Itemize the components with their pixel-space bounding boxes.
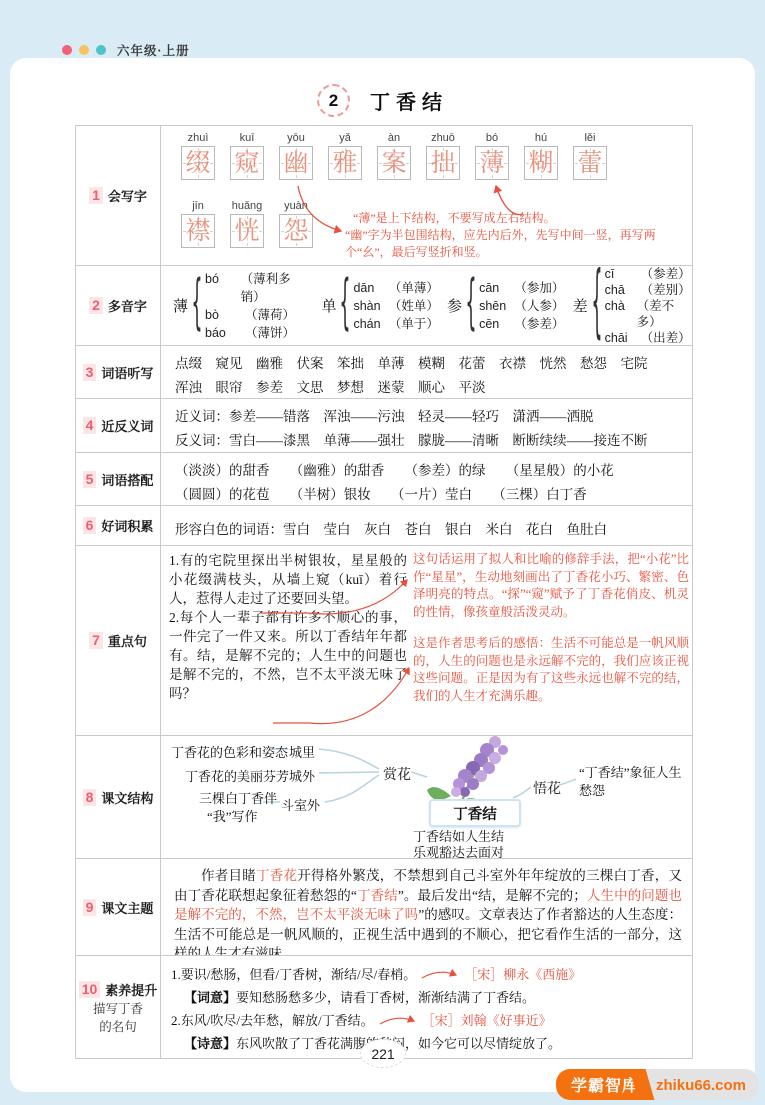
row-dictation-label: 3 词语听写 <box>76 346 161 398</box>
structure-item-3a: 三棵白丁香伴 <box>199 788 277 807</box>
section-label: 多音字 <box>108 296 147 315</box>
pinyin: hú <box>535 131 547 145</box>
character-box: 幽 <box>279 146 313 180</box>
section-number: 3 <box>83 364 97 381</box>
poly-word: （薄饼） <box>245 324 295 342</box>
page-root: 六年级·上册 2 丁香结 1 会写字 zhuì缀 kuī窥 yōu幽 yǎ雅 à… <box>0 0 765 1105</box>
structure-right-note: “丁香结”象征人生愁怨 <box>579 764 683 800</box>
pink-dot-icon <box>62 45 72 55</box>
poly-word: （参加） <box>514 279 558 297</box>
character-cell: lěi蕾 <box>573 131 607 180</box>
section-label: 近反义词 <box>101 416 153 435</box>
red-arrow-icon <box>420 969 460 981</box>
page-header: 六年级·上册 <box>62 41 190 59</box>
brace-icon <box>191 276 202 335</box>
character-cell: hú糊 <box>524 131 558 180</box>
brace-icon <box>340 276 351 335</box>
brand-watermark[interactable]: 学霸智库 zhiku66.com <box>556 1069 759 1100</box>
row-good-words-label: 6 好词积累 <box>76 506 161 545</box>
center-node-lilac-knot: 丁香结 <box>429 799 521 827</box>
structure-loc-1: 城里 <box>289 742 315 761</box>
character: 糊 <box>528 151 553 176</box>
row-key-sentences: 7 重点句 1.有的宅院里探出半树银妆，星星般的小花缀满枝头，从墙上窥（kuī）… <box>76 546 692 736</box>
theme-seg: ”。最后发出“结，是解不完的； <box>398 888 587 903</box>
brace-icon <box>591 266 602 345</box>
poly-pinyin: shàn <box>353 297 388 315</box>
poem-line-1: 1.要识/愁肠，但看/丁香树，渐结/尽/春梢。 ［宋］柳永《西施》 <box>171 963 684 986</box>
annotation-2: 这是作者思考后的感悟：生活不可能总是一帆风顺的，人生的问题也是永远解不完的，我们… <box>413 635 689 705</box>
row-good-words-content: 形容白色的词语：雪白 莹白 灰白 苍白 银白 米白 花白 鱼肚白 <box>161 506 692 545</box>
study-table: 1 会写字 zhuì缀 kuī窥 yōu幽 yǎ雅 àn案 zhuō拙 bó薄 … <box>75 125 693 1059</box>
meaning-label: 【诗意】 <box>184 1036 236 1051</box>
structure-item-2: 丁香花的美丽芬芳 <box>185 766 289 785</box>
poly-word: （参差） <box>514 315 558 333</box>
character-grid-row-1: zhuì缀 kuī窥 yōu幽 yǎ雅 àn案 zhuō拙 bó薄 hú糊 lě… <box>181 131 607 180</box>
row-collocations-content: （淡淡）的甜香 （幽雅）的甜香 （参差）的绿 （星星般）的小花 （圆圆）的花苞 … <box>161 453 692 505</box>
row-polyphonic-content: 薄 bó（薄利多销） bò（薄荷） báo（薄饼） 单 dān（单薄） shàn… <box>161 266 692 345</box>
character: 薄 <box>479 151 504 176</box>
poly-entries: cī（参差） chā（差别） chà（差不多） chāi（出差） <box>605 266 692 345</box>
poly-character: 差 <box>573 295 588 316</box>
good-words-line: 形容白色的词语：雪白 莹白 灰白 苍白 银白 米白 花白 鱼肚白 <box>175 517 684 543</box>
character-cell: yōu幽 <box>279 131 313 180</box>
character: 襟 <box>185 219 210 244</box>
polyphonic-group: 差 cī（参差） chā（差别） chà（差不多） chāi（出差） <box>573 266 692 345</box>
poly-pinyin: shēn <box>479 297 514 315</box>
key-sentence-1: 1.有的宅院里探出半树银妆，星星般的小花缀满枝头，从墙上窥（kuī）着行人，惹得… <box>169 551 407 608</box>
pinyin: àn <box>388 131 400 145</box>
structure-item-1: 丁香花的色彩和姿态 <box>171 742 288 761</box>
grade-label: 六年级·上册 <box>117 41 190 59</box>
poem-text: 2.东风/吹尽/去年愁，解放/丁香结。 <box>171 1009 374 1032</box>
character-box: 拙 <box>426 146 460 180</box>
section-label: 词语搭配 <box>101 470 153 489</box>
pinyin: yǎ <box>339 131 351 145</box>
teal-dot-icon <box>96 45 106 55</box>
character-cell: yuàn怨 <box>279 199 313 248</box>
poly-word: （人参） <box>514 297 558 315</box>
poly-pinyin: chán <box>353 315 388 333</box>
dictation-line-2: 浑浊 眼帘 参差 文思 梦想 迷蒙 顺心 平淡 <box>175 376 684 398</box>
row-literacy-label: 10 素养提升 描写丁香 的名句 <box>76 956 161 1058</box>
meaning-line-2: 【诗意】东风吹散了丁香花满腹的愁闷，如今它可以尽情绽放了。 <box>171 1032 684 1055</box>
poly-word: （单于） <box>389 315 433 333</box>
row-structure: 8 课文结构 <box>76 736 692 859</box>
poly-word: （单薄） <box>389 279 433 297</box>
poly-pinyin: chà <box>605 298 637 330</box>
pinyin: zhuì <box>188 131 209 145</box>
row-synonyms-label: 4 近反义词 <box>76 399 161 452</box>
key-sentences-list: 1.有的宅院里探出半树银妆，星星般的小花缀满枝头，从墙上窥（kuī）着行人，惹得… <box>169 551 407 703</box>
poly-word: （出差） <box>641 330 691 346</box>
character-box: 薄 <box>475 146 509 180</box>
row-synonyms-content: 近义词：参差——错落 浑浊——污浊 轻灵——轻巧 潇洒——洒脱 反义词：雪白——… <box>161 399 692 452</box>
row-theme-content: 作者目睹丁香花开得格外繁茂，不禁想到自己斗室外年年绽放的三棵白丁香，又由丁香花联… <box>161 859 692 955</box>
character-grid-row-2: jīn襟 huǎng恍 yuàn怨 <box>181 199 313 248</box>
poly-character: 薄 <box>173 295 188 316</box>
collocations-line-1: （淡淡）的甜香 （幽雅）的甜香 （参差）的绿 （星星般）的小花 <box>175 459 684 483</box>
section-sublabel-1: 描写丁香 <box>93 1001 143 1017</box>
character-cell: jīn襟 <box>181 199 215 248</box>
section-number: 8 <box>83 789 97 806</box>
pinyin: kuī <box>240 131 255 145</box>
row-structure-label: 8 课文结构 <box>76 736 161 858</box>
poly-pinyin: chāi <box>605 330 641 346</box>
poly-word: （薄利多销） <box>241 270 308 306</box>
dictation-line-1: 点缀 窥见 幽雅 伏案 笨拙 单薄 模糊 花蕾 衣襟 恍然 愁怨 宅院 <box>175 352 684 376</box>
section-label: 好词积累 <box>101 516 153 535</box>
character: 怨 <box>283 219 308 244</box>
poly-entries: cān（参加） shēn（人参） cēn（参差） <box>479 279 559 333</box>
section-number: 6 <box>83 517 97 534</box>
character: 幽 <box>283 151 308 176</box>
pinyin: yōu <box>287 131 305 145</box>
theme-seg-red: 丁香花 <box>256 868 297 883</box>
collocations-line-2: （圆圆）的花苞 （半树）银妆 （一片）莹白 （三棵）白丁香 <box>175 483 684 505</box>
character: 窥 <box>234 151 259 176</box>
character-box: 蕾 <box>573 146 607 180</box>
poem-text: 1.要识/愁肠，但看/丁香树，渐结/尽/春梢。 <box>171 963 416 986</box>
poly-pinyin: bó <box>205 270 241 306</box>
character-cell: kuī窥 <box>230 131 264 180</box>
row-polyphonic: 2 多音字 薄 bó（薄利多销） bò（薄荷） báo（薄饼） 单 <box>76 266 692 346</box>
brace-icon <box>465 276 476 335</box>
poly-pinyin: cān <box>479 279 514 297</box>
row-good-words: 6 好词积累 形容白色的词语：雪白 莹白 灰白 苍白 银白 米白 花白 鱼肚白 <box>76 506 692 546</box>
row-characters: 1 会写字 zhuì缀 kuī窥 yōu幽 yǎ雅 àn案 zhuō拙 bó薄 … <box>76 126 692 266</box>
poly-entries: bó（薄利多销） bò（薄荷） báo（薄饼） <box>205 270 307 342</box>
section-label: 课文结构 <box>101 788 153 807</box>
character: 恍 <box>234 219 259 244</box>
poem-line-2: 2.东风/吹尽/去年愁，解放/丁香结。 ［宋］刘翰《好事近》 <box>171 1009 684 1032</box>
poly-pinyin: báo <box>205 324 245 342</box>
row-key-sentences-content: 1.有的宅院里探出半树银妆，星星般的小花缀满枝头，从墙上窥（kuī）着行人，惹得… <box>161 546 692 735</box>
character-box: 窥 <box>230 146 264 180</box>
poly-character: 单 <box>321 295 336 316</box>
pinyin: bó <box>486 131 498 145</box>
section-label: 会写字 <box>108 186 147 205</box>
pinyin: zhuō <box>431 131 455 145</box>
character-box: 恍 <box>230 214 264 248</box>
character-box: 雅 <box>328 146 362 180</box>
writing-note-you: “幽”字为半包围结构，应先内后外，先写中间一竖，再写两个“幺”，最后写竖折和竖。 <box>345 227 692 260</box>
pinyin: yuàn <box>284 199 308 213</box>
poly-pinyin: bò <box>205 306 245 324</box>
section-label: 词语听写 <box>101 363 153 382</box>
character-cell: zhuō拙 <box>426 131 460 180</box>
row-key-sentences-label: 7 重点句 <box>76 546 161 735</box>
polyphonic-group: 薄 bó（薄利多销） bò（薄荷） báo（薄饼） <box>173 270 307 342</box>
poly-word: （差别） <box>641 282 691 298</box>
section-number: 1 <box>89 187 103 204</box>
character-box: 案 <box>377 146 411 180</box>
row-characters-label: 1 会写字 <box>76 126 161 265</box>
lesson-title-row: 2 丁香结 <box>0 84 765 117</box>
node-realize-flowers: 悟花 <box>533 778 561 798</box>
character-cell: yǎ雅 <box>328 131 362 180</box>
lesson-title: 丁香结 <box>370 86 448 115</box>
character-cell: àn案 <box>377 131 411 180</box>
structure-loc-3: 斗室外 <box>281 795 320 814</box>
theme-paragraph: 作者目睹丁香花开得格外繁茂，不禁想到自己斗室外年年绽放的三棵白丁香，又由丁香花联… <box>161 859 692 955</box>
meaning-text: 要知愁肠愁多少，请看丁香树，渐渐结满了丁香结。 <box>236 990 535 1005</box>
row-synonyms-antonyms: 4 近反义词 近义词：参差——错落 浑浊——污浊 轻灵——轻巧 潇洒——洒脱 反… <box>76 399 692 453</box>
poly-pinyin: chā <box>605 282 641 298</box>
pinyin: jīn <box>192 199 204 213</box>
row-dictation: 3 词语听写 点缀 窥见 幽雅 伏案 笨拙 单薄 模糊 花蕾 衣襟 恍然 愁怨 … <box>76 346 692 399</box>
poly-word: （薄荷） <box>245 306 295 324</box>
poly-pinyin: dān <box>353 279 388 297</box>
section-label: 重点句 <box>108 631 147 650</box>
section-number: 5 <box>83 471 97 488</box>
character: 缀 <box>185 151 210 176</box>
character-cell: zhuì缀 <box>181 131 215 180</box>
theme-seg-red: 丁香结 <box>357 888 398 903</box>
polyphonic-group: 单 dān（单薄） shàn（姓单） chán（单于） <box>321 279 433 333</box>
section-number: 7 <box>89 632 103 649</box>
meaning-line-1: 【词意】要知愁肠愁多少，请看丁香树，渐渐结满了丁香结。 <box>171 986 684 1009</box>
character-box: 缀 <box>181 146 215 180</box>
row-collocations-label: 5 词语搭配 <box>76 453 161 505</box>
lesson-number-badge: 2 <box>317 84 350 117</box>
antonyms-line: 反义词：雪白——漆黑 单薄——强壮 朦胧——清晰 断断续续——接连不断 <box>175 429 684 452</box>
section-number: 9 <box>83 899 97 916</box>
section-label: 课文主题 <box>101 898 153 917</box>
poly-word: （差不多） <box>637 298 692 330</box>
row-literacy-content: 1.要识/愁肠，但看/丁香树，渐结/尽/春梢。 ［宋］柳永《西施》 【词意】要知… <box>161 956 692 1058</box>
theme-seg: 作者目睹 <box>201 868 256 883</box>
poly-pinyin: cī <box>605 266 641 282</box>
structure-caption-2: 乐观豁达去面对 <box>413 842 504 858</box>
structure-loc-2: 城外 <box>289 766 315 785</box>
structure-diagram: 丁香花的色彩和姿态 城里 丁香花的美丽芬芳 城外 三棵白丁香伴 “我”写作 斗室… <box>161 736 692 858</box>
brand-name: 学霸智库 <box>556 1069 643 1100</box>
polyphonic-group: 参 cān（参加） shēn（人参） cēn（参差） <box>447 279 559 333</box>
character: 蕾 <box>577 151 602 176</box>
row-theme-label: 9 课文主题 <box>76 859 161 955</box>
annotation-1: 这句话运用了拟人和比喻的修辞手法，把“小花”比作“星星”，生动地刻画出了丁香花小… <box>413 551 689 621</box>
poly-entries: dān（单薄） shàn（姓单） chán（单于） <box>353 279 433 333</box>
character-box: 糊 <box>524 146 558 180</box>
section-number: 2 <box>89 297 103 314</box>
poly-character: 参 <box>447 295 462 316</box>
row-dictation-content: 点缀 窥见 幽雅 伏案 笨拙 单薄 模糊 花蕾 衣襟 恍然 愁怨 宅院 浑浊 眼… <box>161 346 692 398</box>
row-collocations: 5 词语搭配 （淡淡）的甜香 （幽雅）的甜香 （参差）的绿 （星星般）的小花 （… <box>76 453 692 506</box>
character: 案 <box>381 151 406 176</box>
character: 雅 <box>332 151 357 176</box>
key-sentence-annotations: 这句话运用了拟人和比喻的修辞手法，把“小花”比作“星星”，生动地刻画出了丁香花小… <box>413 551 689 705</box>
poem-source: ［宋］刘翰《好事近》 <box>422 1009 552 1032</box>
character-box: 怨 <box>279 214 313 248</box>
section-sublabel-2: 的名句 <box>99 1019 137 1035</box>
row-characters-content: zhuì缀 kuī窥 yōu幽 yǎ雅 àn案 zhuō拙 bó薄 hú糊 lě… <box>161 126 692 265</box>
character: 拙 <box>430 151 455 176</box>
pinyin: lěi <box>584 131 595 145</box>
character-cell: bó薄 <box>475 131 509 180</box>
writing-note-bo: “薄”是上下结构，不要写成左右结构。 <box>353 210 689 227</box>
key-sentence-2: 2.每个人一辈子都有许多不顺心的事，一件完了一件又来。所以丁香结年年都有。结，是… <box>169 608 407 703</box>
poem-source: ［宋］柳永《西施》 <box>464 963 581 986</box>
pinyin: huǎng <box>232 199 263 213</box>
section-number: 4 <box>83 417 97 434</box>
poly-word: （姓单） <box>389 297 433 315</box>
character-box: 襟 <box>181 214 215 248</box>
poly-pinyin: cēn <box>479 315 514 333</box>
section-label: 素养提升 <box>105 980 157 999</box>
character-cell: huǎng恍 <box>230 199 264 248</box>
brand-site: zhiku66.com <box>637 1069 759 1100</box>
synonyms-line: 近义词：参差——错落 浑浊——污浊 轻灵——轻巧 潇洒——洒脱 <box>175 405 684 429</box>
red-arrow-icon <box>378 1015 418 1027</box>
row-polyphonic-label: 2 多音字 <box>76 266 161 345</box>
page-number: 221 <box>360 1039 406 1068</box>
section-number: 10 <box>79 981 101 998</box>
row-theme: 9 课文主题 作者目睹丁香花开得格外繁茂，不禁想到自己斗室外年年绽放的三棵白丁香… <box>76 859 692 956</box>
poly-word: （参差） <box>641 266 691 282</box>
structure-item-3b: “我”写作 <box>207 806 258 825</box>
yellow-dot-icon <box>79 45 89 55</box>
meaning-label: 【词意】 <box>184 990 236 1005</box>
